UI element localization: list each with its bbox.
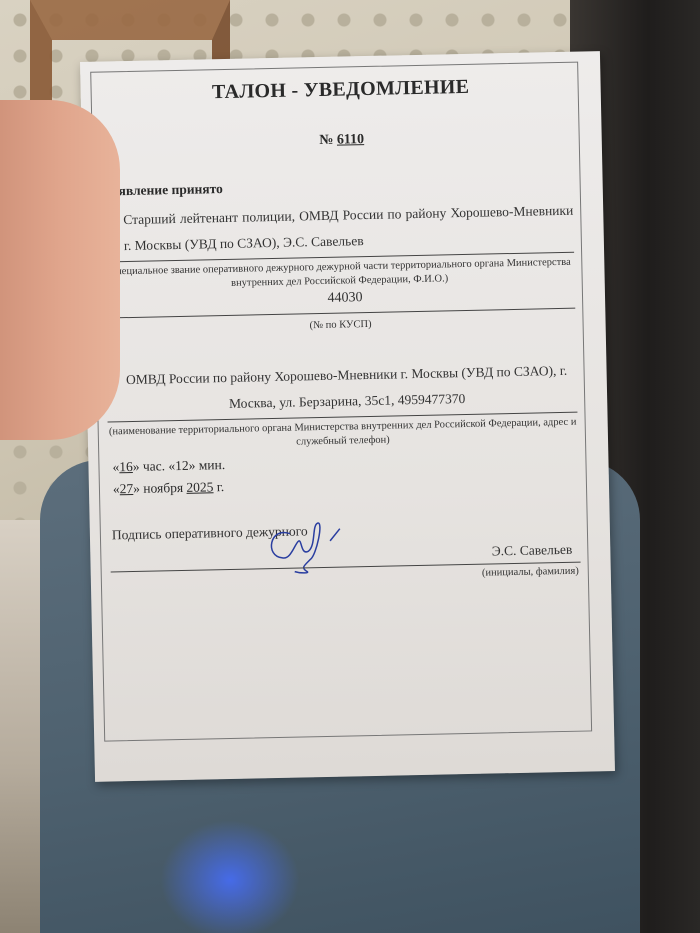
time-line: «16» час. «12» мин. — [112, 457, 225, 475]
date-day: 27 — [120, 481, 134, 496]
hand-thumb — [0, 100, 120, 440]
date-year: 2025 — [186, 479, 213, 495]
time-hours: 16 — [119, 459, 133, 474]
officer-text: Старший лейтенант полиции, ОМВД России п… — [123, 198, 574, 259]
date-year-suffix: г. — [217, 479, 225, 494]
date-line: «27» ноября 2025 г. — [113, 479, 225, 497]
minutes-label: мин. — [199, 457, 226, 473]
number-prefix: № — [319, 133, 333, 148]
signer-caption: (инициалы, фамилия) — [482, 566, 579, 579]
hours-label: час. — [143, 458, 165, 473]
background-blue-light — [160, 820, 300, 933]
date-month: ноября — [143, 480, 183, 496]
notice-paper: ТАЛОН - УВЕДОМЛЕНИЕ № 6110 Заявление при… — [80, 51, 615, 782]
signer-name: Э.С. Савельев — [492, 542, 573, 560]
accepted-label: Заявление принято — [105, 181, 223, 199]
org-text: ОМВД России по району Хорошево-Мневники … — [116, 358, 577, 420]
number-value: 6110 — [337, 132, 365, 148]
time-minutes: 12 — [175, 458, 189, 473]
